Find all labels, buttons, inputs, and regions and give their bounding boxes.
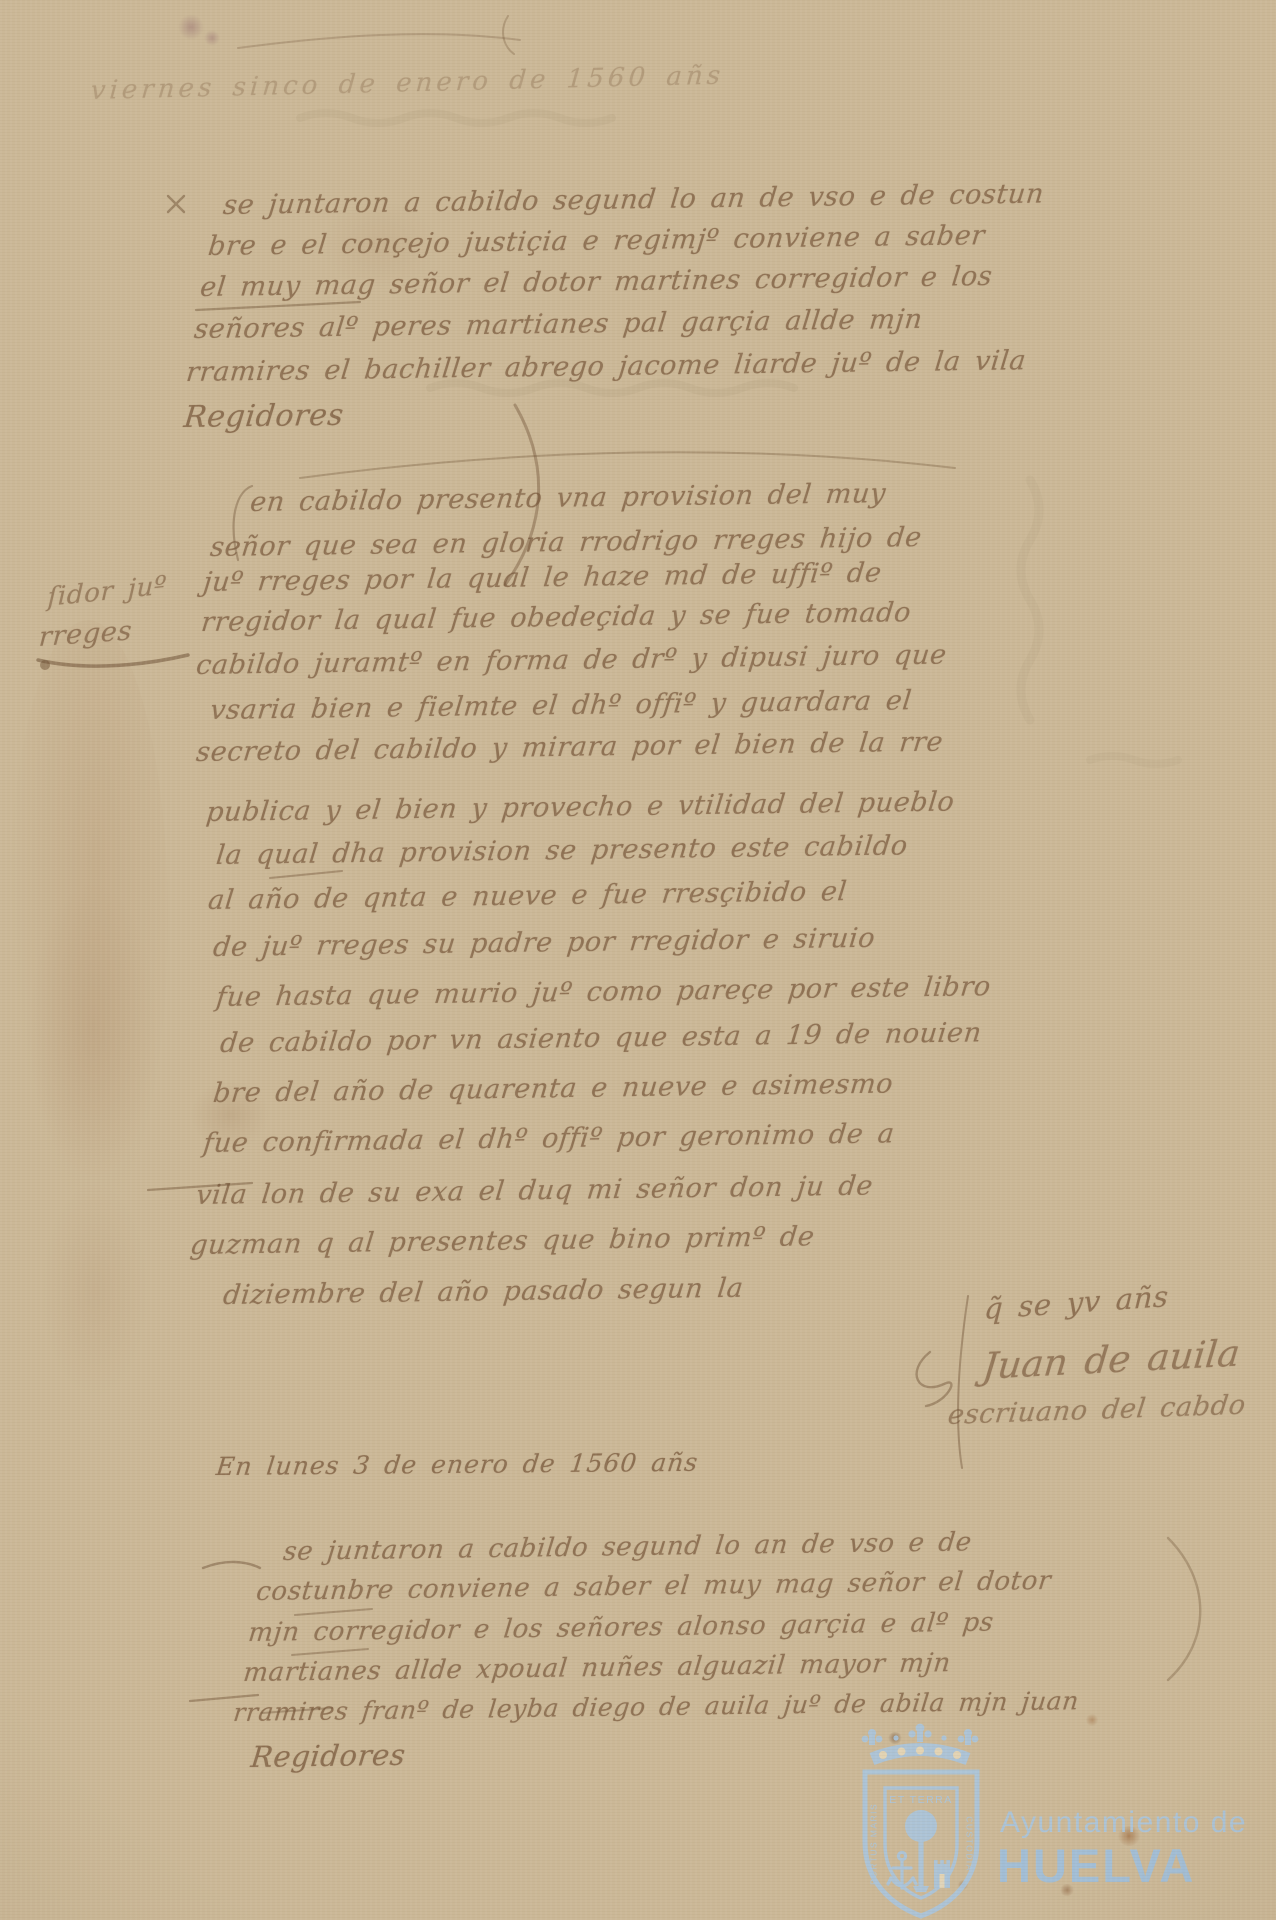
ink-overline bbox=[295, 1609, 372, 1615]
shield-outline bbox=[865, 1772, 977, 1916]
manuscript-line: martianes allde xpoual nuñes alguazil ma… bbox=[242, 1648, 953, 1688]
manuscript-line: juº rreges por la qual le haze md de uff… bbox=[202, 558, 884, 598]
manuscript-line: rregidor la qual fue obedeçida y se fue … bbox=[200, 597, 913, 638]
tree-icon bbox=[905, 1810, 937, 1842]
ink-flourish bbox=[503, 16, 514, 54]
signature-title: escriuano del cabdo bbox=[946, 1390, 1247, 1431]
stain bbox=[958, 1880, 968, 1890]
shield-motto-left: PORTUS MARIS bbox=[869, 1803, 879, 1885]
stain bbox=[1086, 1714, 1098, 1726]
signature-flourish bbox=[917, 1352, 952, 1406]
stain bbox=[204, 30, 220, 46]
paragraph-mark bbox=[168, 196, 184, 212]
manuscript-page: viernes sinco de enero de 1560 añs ſidor… bbox=[0, 0, 1276, 1920]
ink-underline bbox=[270, 871, 342, 878]
manuscript-line: bre e el conçejo justiçia e regimjº conv… bbox=[207, 220, 987, 262]
ink-underline bbox=[196, 302, 360, 310]
manuscript-line: rramires el bachiller abrego jacome liar… bbox=[185, 345, 1028, 388]
manuscript-line: diziembre del año pasado segun la bbox=[222, 1273, 746, 1311]
manuscript-line: señor que sea en gloria rrodrigo rreges … bbox=[209, 522, 924, 563]
manuscript-line: se juntaron a cabildo segund lo an de vs… bbox=[222, 179, 1046, 221]
margin-note-line2: rreges bbox=[38, 616, 133, 653]
margin-note-line1: ſidor juº bbox=[47, 571, 168, 613]
shield-motto-right: CUSTODIA bbox=[965, 1816, 975, 1871]
crown-icon bbox=[862, 1724, 979, 1745]
stain bbox=[178, 14, 204, 40]
ink-blot bbox=[40, 660, 50, 670]
manuscript-line: Regidores bbox=[182, 398, 345, 435]
inner-shield-outline bbox=[885, 1788, 957, 1898]
manuscript-line: q̃ se yv añs bbox=[983, 1279, 1169, 1326]
manuscript-line: fue confirmada el dhº offiº por geronimo… bbox=[202, 1118, 897, 1159]
manuscript-line: secreto del cabildo y mirara por el bien… bbox=[195, 727, 945, 768]
crown-band bbox=[872, 1747, 968, 1760]
manuscript-line: se juntaron a cabildo segund lo an de vs… bbox=[282, 1527, 974, 1567]
huelva-coat-of-arms: ET TERRA PORTUS MARIS CUSTODIA bbox=[850, 1722, 992, 1920]
bleed-squiggle bbox=[1090, 756, 1178, 764]
manuscript-line: rramires franº de leyba diego de auila j… bbox=[232, 1686, 1081, 1727]
watermark-org-name: Ayuntamiento de bbox=[1000, 1806, 1247, 1840]
manuscript-line: en cabildo presento vna provision del mu… bbox=[249, 478, 888, 518]
manuscript-line: fue hasta que murio juº como pareçe por … bbox=[215, 971, 993, 1013]
ink-overline bbox=[300, 452, 955, 478]
paragraph-arrow bbox=[203, 1562, 260, 1568]
ink-overline bbox=[292, 1649, 368, 1655]
margin-underline bbox=[38, 655, 188, 666]
bleed-squiggle bbox=[1021, 480, 1039, 720]
manuscript-line: bre del año de quarenta e nueve e asimes… bbox=[212, 1069, 895, 1109]
manuscript-line: la qual dha provision se presento este c… bbox=[215, 830, 910, 871]
manuscript-line: Regidores bbox=[249, 1738, 407, 1774]
shield-motto-top: ET TERRA bbox=[889, 1794, 953, 1806]
manuscript-line: cabildo juramtº en forma de drº y dipusi… bbox=[195, 640, 949, 681]
manuscript-line: vsaria bien e fielmte el dhº offiº y gua… bbox=[209, 685, 914, 726]
folio-header: viernes sinco de enero de 1560 añs bbox=[90, 61, 726, 106]
manuscript-line: mjn corregidor e los señores alonso garç… bbox=[247, 1608, 996, 1648]
manuscript-line: al año de qnta e nueve e fue rresçibido … bbox=[207, 876, 849, 916]
entry2-heading: En lunes 3 de enero de 1560 añs bbox=[215, 1448, 700, 1481]
bleed-squiggle bbox=[430, 383, 794, 393]
stain bbox=[888, 1732, 902, 1744]
signature-name: Juan de auila bbox=[980, 1332, 1242, 1388]
manuscript-line: vila lon de su exa el duq mi señor don j… bbox=[195, 1171, 875, 1211]
manuscript-line: publica y el bien y provecho e vtilidad … bbox=[205, 787, 957, 828]
manuscript-line: el muy mag señor el dotor martines corre… bbox=[199, 261, 994, 303]
manuscript-line: guzman q al presentes que bino primº de bbox=[189, 1221, 817, 1261]
ink-flourish bbox=[238, 34, 520, 48]
entry2-paren bbox=[1168, 1538, 1200, 1680]
signature-slash bbox=[958, 1296, 968, 1468]
anchor-icon bbox=[888, 1852, 916, 1888]
stain bbox=[40, 1180, 150, 1400]
manuscript-line: costunbre conviene a saber el muy mag se… bbox=[255, 1566, 1053, 1607]
stain bbox=[28, 880, 158, 1180]
stain bbox=[8, 620, 168, 1220]
bleed-squiggle bbox=[300, 113, 612, 123]
manuscript-line: de cabildo por vn asiento que esta a 19 … bbox=[219, 1017, 984, 1059]
tower-icon bbox=[934, 1860, 950, 1888]
manuscript-line: señores alº peres martianes pal garçia a… bbox=[193, 304, 925, 345]
manuscript-line: de juº rreges su padre por rregidor e si… bbox=[212, 923, 877, 963]
watermark-org-name-bold: HUELVA bbox=[997, 1838, 1195, 1893]
